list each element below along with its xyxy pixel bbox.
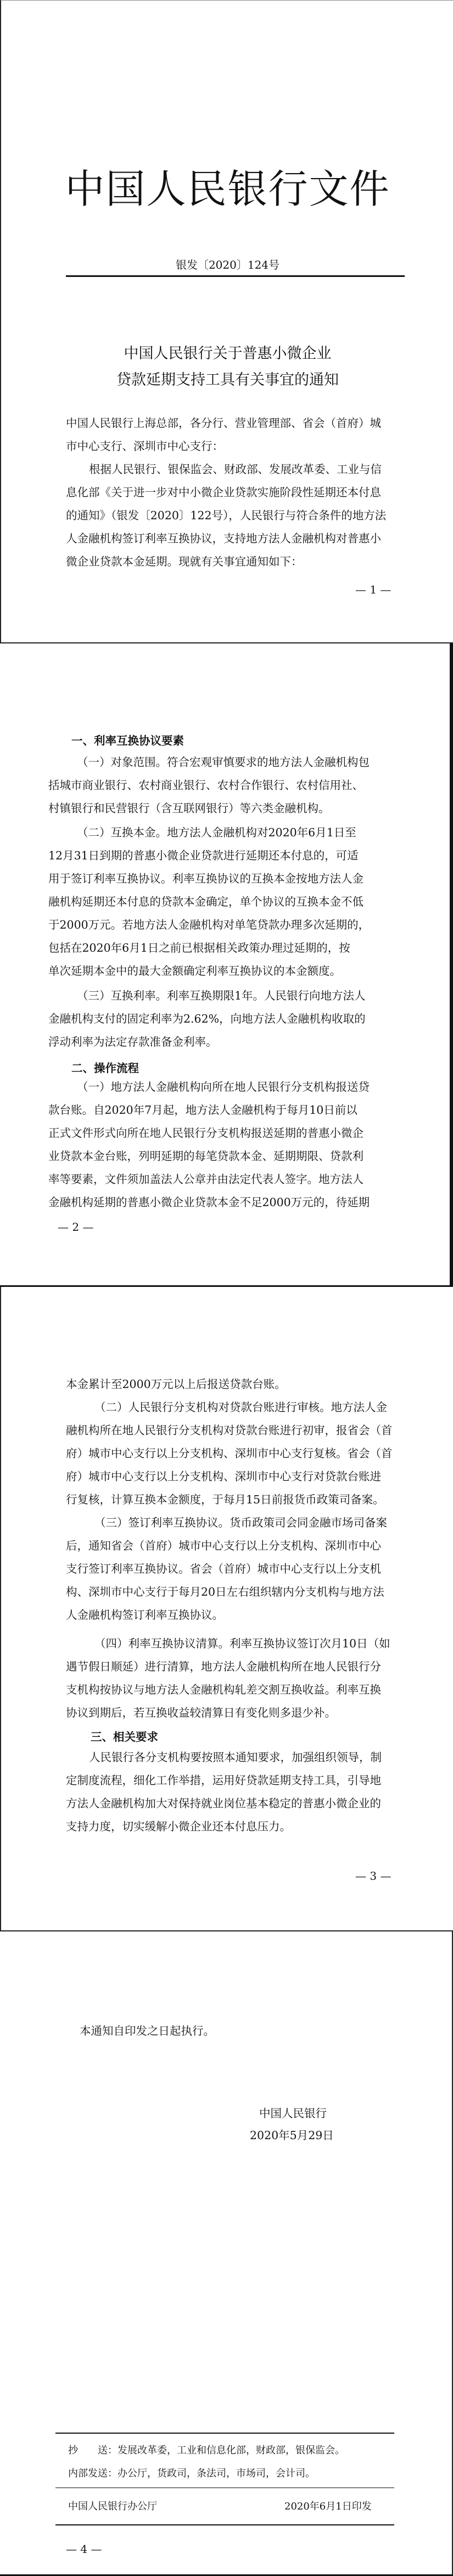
imprint-date: 2020年6月1日印发 xyxy=(284,2499,372,2513)
text-line: 支持力度，切实缓解小微企业还本付息压力。 xyxy=(66,1815,406,1838)
page-2: 一、利率互换协议要素 （一）对象范围。符合宏观审慎要求的地方法人金融机构包 括城… xyxy=(0,643,453,1287)
text-line: 融机构延期还本付息的贷款本金确定，单个协议的互换本金不低 xyxy=(48,890,389,913)
page-number: — 4 — xyxy=(66,2542,102,2556)
text-line: 遇节假日顺延）进行清算，地方法人金融机构所在地人民银行分 xyxy=(66,1655,406,1678)
signature-issuer: 中国人民银行 xyxy=(259,2102,369,2125)
subject-line-1: 中国人民银行关于普惠小微企业 xyxy=(1,341,453,363)
text-line: 金融机构支付的固定利率为2.62%，向地方法人金融机构收取的 xyxy=(48,1007,389,1030)
page-1: 中国人民银行文件 银发〔2020〕124号 中国人民银行关于普惠小微企业 贷款延… xyxy=(0,0,453,643)
header-divider xyxy=(66,275,405,277)
text-line: 支机构按协议与地方法人金融机构轧差交割互换收益。利率互换 xyxy=(66,1678,406,1701)
text-line: （四）利率互换协议清算。利率互换协议签订次月10日（如 xyxy=(66,1632,406,1655)
text-line: 定制度流程，细化工作举措，运用好贷款延期支持工具，引导地 xyxy=(66,1769,406,1792)
text-line: 于2000万元。若地方法人金融机构对单笔贷款办理多次延期的， xyxy=(48,913,389,936)
section-heading-3: 三、相关要求 xyxy=(91,1728,158,1744)
section2-item4: （四）利率互换协议清算。利率互换协议签订次月10日（如 遇节假日顺延）进行清算，… xyxy=(66,1632,406,1724)
text-line: 率等要素，文件须加盖法人公章并由法定代表人签字。地方法人 xyxy=(48,1168,389,1191)
effective-date-statement: 本通知自印发之日起执行。 xyxy=(80,2019,299,2042)
text-line: 融机构所在地人民银行分支机构对贷款台账进行初审，报省会（首 xyxy=(66,1419,406,1442)
distribution-top-rule xyxy=(55,2433,394,2434)
text-line: 人民银行各分支机构要按照本通知要求，加强组织领导，制 xyxy=(66,1746,406,1769)
section-heading-1: 一、利率互换协议要素 xyxy=(71,731,184,748)
text-line: 后，通知省会（首府）城市中心支行以上分支机构、深圳市中心 xyxy=(66,1534,406,1557)
text-line: （二）人民银行分支机构对贷款台账进行审核。地方法人金 xyxy=(66,1396,406,1419)
section2-item2: （二）人民银行分支机构对贷款台账进行审核。地方法人金 融机构所在地人民银行分支机… xyxy=(66,1396,406,1511)
text-line: 方法人金融机构加大对保持就业岗位基本稳定的普惠小微企业的 xyxy=(66,1792,406,1815)
addressee-line: 市中心支行、深圳市中心支行： xyxy=(66,435,406,458)
issuer-title: 中国人民银行文件 xyxy=(1,157,453,214)
intro-paragraph: 根据人民银行、银保监会、财政部、发展改革委、工业与信 息化部《关于进一步对中小微… xyxy=(66,458,406,573)
intro-line: 的通知》（银发〔2020〕122号），人民银行与符合条件的地方法 xyxy=(66,504,406,527)
text-line: （二）互换本金。地方法人金融机构对2020年6月1日至 xyxy=(48,821,389,844)
text-line: 行复核，计算互换本金额度，于每月15日前报货币政策司备案。 xyxy=(66,1488,406,1511)
text-line: 村镇银行和民营银行（含互联网银行）等六类金融机构。 xyxy=(48,797,389,820)
internal-label: 内部发送： xyxy=(68,2468,118,2479)
section-heading-2: 二、操作流程 xyxy=(71,1059,139,1075)
section1-item2: （二）互换本金。地方法人金融机构对2020年6月1日至 12月31日到期的普惠小… xyxy=(48,821,389,982)
intro-line: 根据人民银行、银保监会、财政部、发展改革委、工业与信 xyxy=(66,458,406,481)
signature-date: 2020年5月29日 xyxy=(250,2124,371,2147)
text-line: 支行签订利率互换协议。省会（首府）城市中心支行以上分支机 xyxy=(66,1557,406,1580)
internal-distribution-row: 内部发送：办公厅，货政司，条法司，市场司，会计司。 xyxy=(68,2466,315,2480)
subject-line-2: 贷款延期支持工具有关事宜的通知 xyxy=(1,368,453,389)
addressee-line: 中国人民银行上海总部，各分行、营业管理部、省会（首府）城 xyxy=(66,412,406,435)
cc-value: 发展改革委，工业和信息化部，财政部，银保监会。 xyxy=(118,2445,345,2456)
text-line: （三）签订利率互换协议。货币政策司会同金融市场司备案 xyxy=(66,1511,406,1534)
section1-item3: （三）互换利率。利率互换期限1年。人民银行向地方法人 金融机构支付的固定利率为2… xyxy=(48,984,389,1053)
imprint-office: 中国人民银行办公厅 xyxy=(68,2499,157,2513)
cc-label: 抄 送： xyxy=(68,2445,118,2456)
text-line: 浮动利率为法定存款准备金利率。 xyxy=(48,1030,389,1053)
text-line: 业贷款本金台账，列明延期的每笔贷款本金、延期期限、贷款利 xyxy=(48,1145,389,1168)
page-number: — 1 — xyxy=(355,583,391,596)
text-line: 12月31日到期的普惠小微企业贷款进行延期还本付息的，可适 xyxy=(48,844,389,867)
section1-item1: （一）对象范围。符合宏观审慎要求的地方法人金融机构包 括城市商业银行、农村商业银… xyxy=(48,751,389,820)
distribution-bottom-rule xyxy=(55,2524,394,2525)
text-line: 包括在2020年6月1日之前已根据相关政策办理过延期的，按 xyxy=(48,936,389,959)
text-line: 用于签订利率互换协议。利率互换协议的互换本金按地方法人金 xyxy=(48,867,389,890)
text-line: 府）城市中心支行以上分支机构、深圳市中心支行对贷款台账进 xyxy=(66,1465,406,1488)
text-line: 款台账。自2020年7月起，地方法人金融机构于每月10日前以 xyxy=(48,1098,389,1122)
addressee: 中国人民银行上海总部，各分行、营业管理部、省会（首府）城 市中心支行、深圳市中心… xyxy=(66,412,406,458)
text-line: （一）地方法人金融机构向所在地人民银行分支机构报送贷 xyxy=(48,1075,389,1098)
section2-item1-continued: 本金累计至2000万元以上后报送贷款台账。 xyxy=(66,1373,406,1396)
text-line: 人金融机构签订利率互换协议。 xyxy=(66,1603,406,1626)
text-line: （三）互换利率。利率互换期限1年。人民银行向地方法人 xyxy=(48,984,389,1007)
text-line: 单次延期本金中的最大金额确定利率互换协议的本金额度。 xyxy=(48,959,389,982)
distribution-middle-rule xyxy=(55,2488,394,2488)
text-line: 括城市商业银行、农村商业银行、农村合作银行、农村信用社、 xyxy=(48,774,389,797)
text-line: 府）城市中心支行以上分支机构、深圳市中心支行复核。省会（首 xyxy=(66,1442,406,1465)
intro-line: 人金融机构签订利率互换协议，支持地方法人金融机构对普惠小 xyxy=(66,527,406,550)
text-line: 本金累计至2000万元以上后报送贷款台账。 xyxy=(66,1373,406,1396)
text-line: 协议到期后，若互换收益较清算日有变化则多退少补。 xyxy=(66,1701,406,1724)
text-line: （一）对象范围。符合宏观审慎要求的地方法人金融机构包 xyxy=(48,751,389,774)
intro-line: 微企业贷款本金延期。现就有关事宜通知如下： xyxy=(66,550,406,573)
page-4: 本通知自印发之日起执行。 中国人民银行 2020年5月29日 抄 送：发展改革委… xyxy=(0,1931,453,2576)
intro-line: 息化部《关于进一步对中小微企业贷款实施阶段性延期还本付息 xyxy=(66,481,406,504)
section2-item3: （三）签订利率互换协议。货币政策司会同金融市场司备案 后，通知省会（首府）城市中… xyxy=(66,1511,406,1626)
page-number: — 2 — xyxy=(58,1220,93,1234)
document-number: 银发〔2020〕124号 xyxy=(1,256,453,272)
text-line: 金融机构延期的普惠小微企业贷款本金不足2000万元的，待延期 xyxy=(48,1191,389,1214)
text-line: 正式文件形式向所在地人民银行分支机构报送延期的普惠小微企 xyxy=(48,1122,389,1145)
cc-row: 抄 送：发展改革委，工业和信息化部，财政部，银保监会。 xyxy=(68,2442,345,2457)
page-number: — 3 — xyxy=(355,1869,391,1883)
page-3: 本金累计至2000万元以上后报送贷款台账。 （二）人民银行分支机构对贷款台账进行… xyxy=(0,1287,453,1931)
internal-value: 办公厅，货政司，条法司，市场司，会计司。 xyxy=(118,2468,315,2479)
text-line: 构、深圳市中心支行于每月20日左右组织辖内分支机构与地方法 xyxy=(66,1580,406,1603)
section2-item1: （一）地方法人金融机构向所在地人民银行分支机构报送贷 款台账。自2020年7月起… xyxy=(48,1075,389,1214)
section3-body: 人民银行各分支机构要按照本通知要求，加强组织领导，制 定制度流程，细化工作举措，… xyxy=(66,1746,406,1838)
